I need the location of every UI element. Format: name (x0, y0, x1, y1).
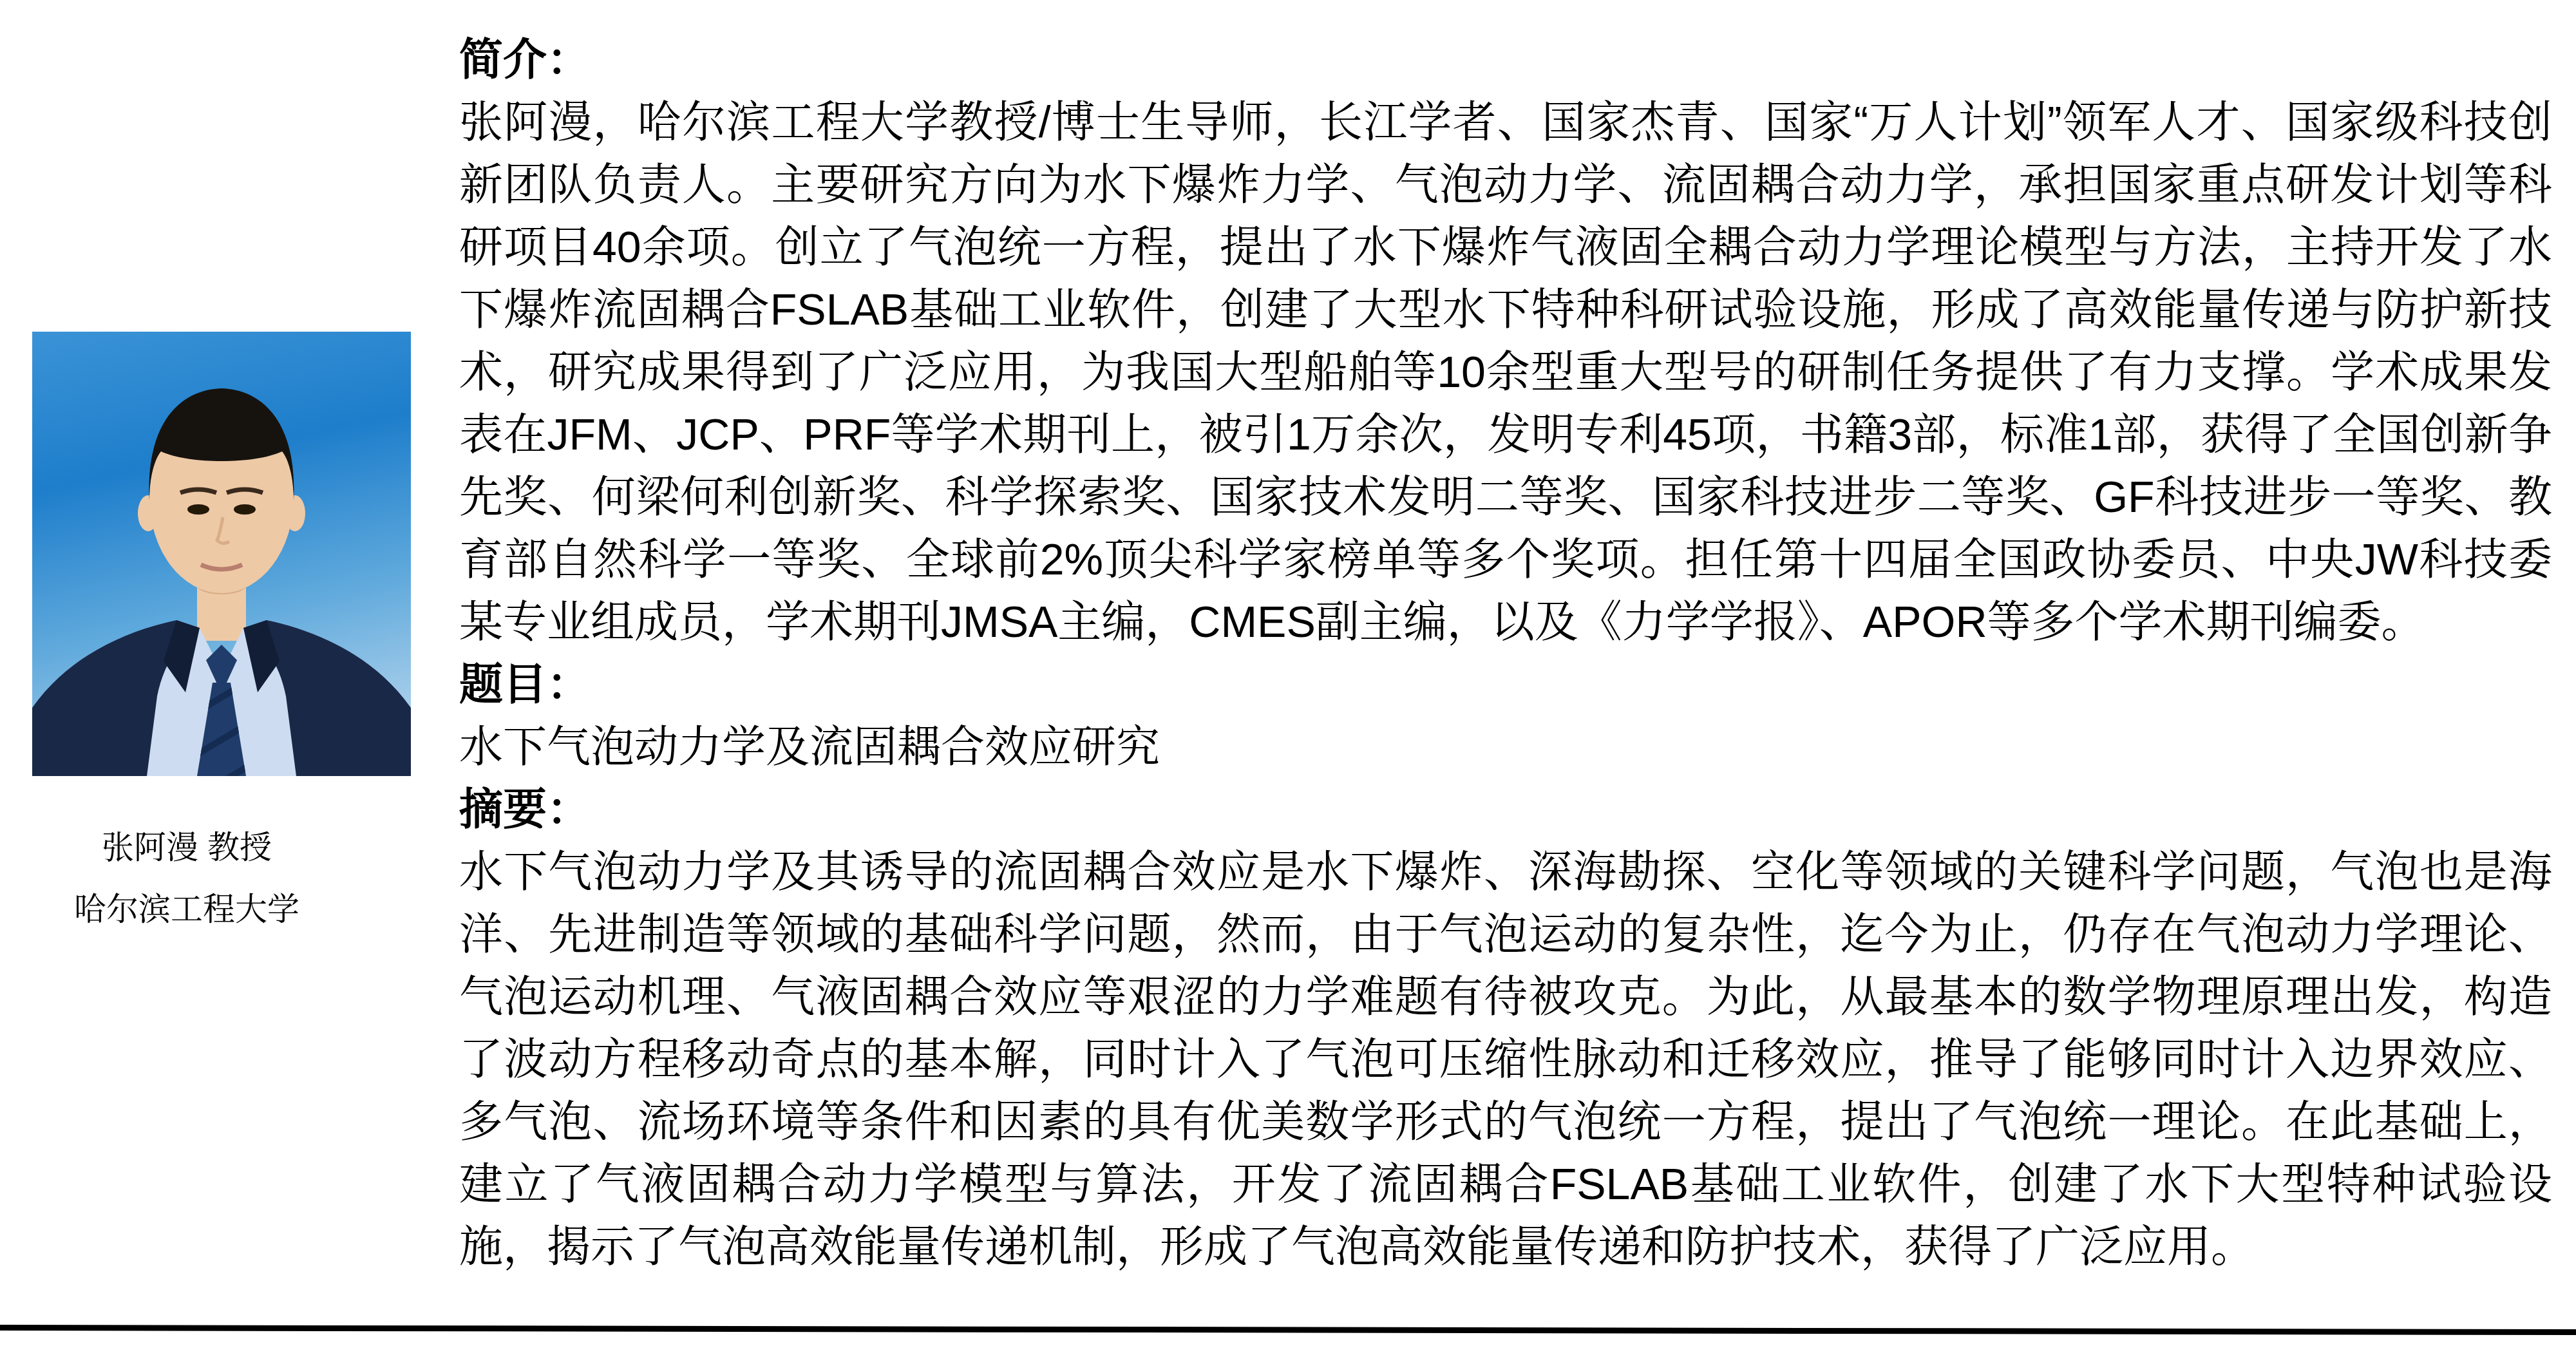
speaker-name: 张阿漫 教授 (0, 828, 374, 867)
photo-eye-left (187, 504, 209, 515)
section-abstract-heading: 摘要： (459, 779, 2552, 841)
portrait-photo-svg (32, 332, 411, 776)
section-intro-body: 张阿漫，哈尔滨工程大学教授/博士生导师，长江学者、国家杰青、国家“万人计划”领军… (459, 91, 2552, 654)
section-abstract-body: 水下气泡动力学及其诱导的流固耦合效应是水下爆炸、深海勘探、空化等领域的关键科学问… (459, 841, 2552, 1278)
bio-content: 简介： 张阿漫，哈尔滨工程大学教授/博士生导师，长江学者、国家杰青、国家“万人计… (459, 29, 2552, 1278)
section-intro-heading: 简介： (459, 29, 2552, 91)
bottom-divider (0, 1325, 2576, 1335)
portrait-photo (32, 332, 411, 776)
speaker-affiliation: 哈尔滨工程大学 (0, 890, 374, 929)
photo-eye-right (234, 504, 256, 515)
section-title-heading: 题目： (459, 654, 2552, 716)
section-title-body: 水下气泡动力学及流固耦合效应研究 (459, 716, 2552, 779)
page: { "profile": { "name_line1": "张阿漫 教授", "… (0, 0, 2576, 1346)
